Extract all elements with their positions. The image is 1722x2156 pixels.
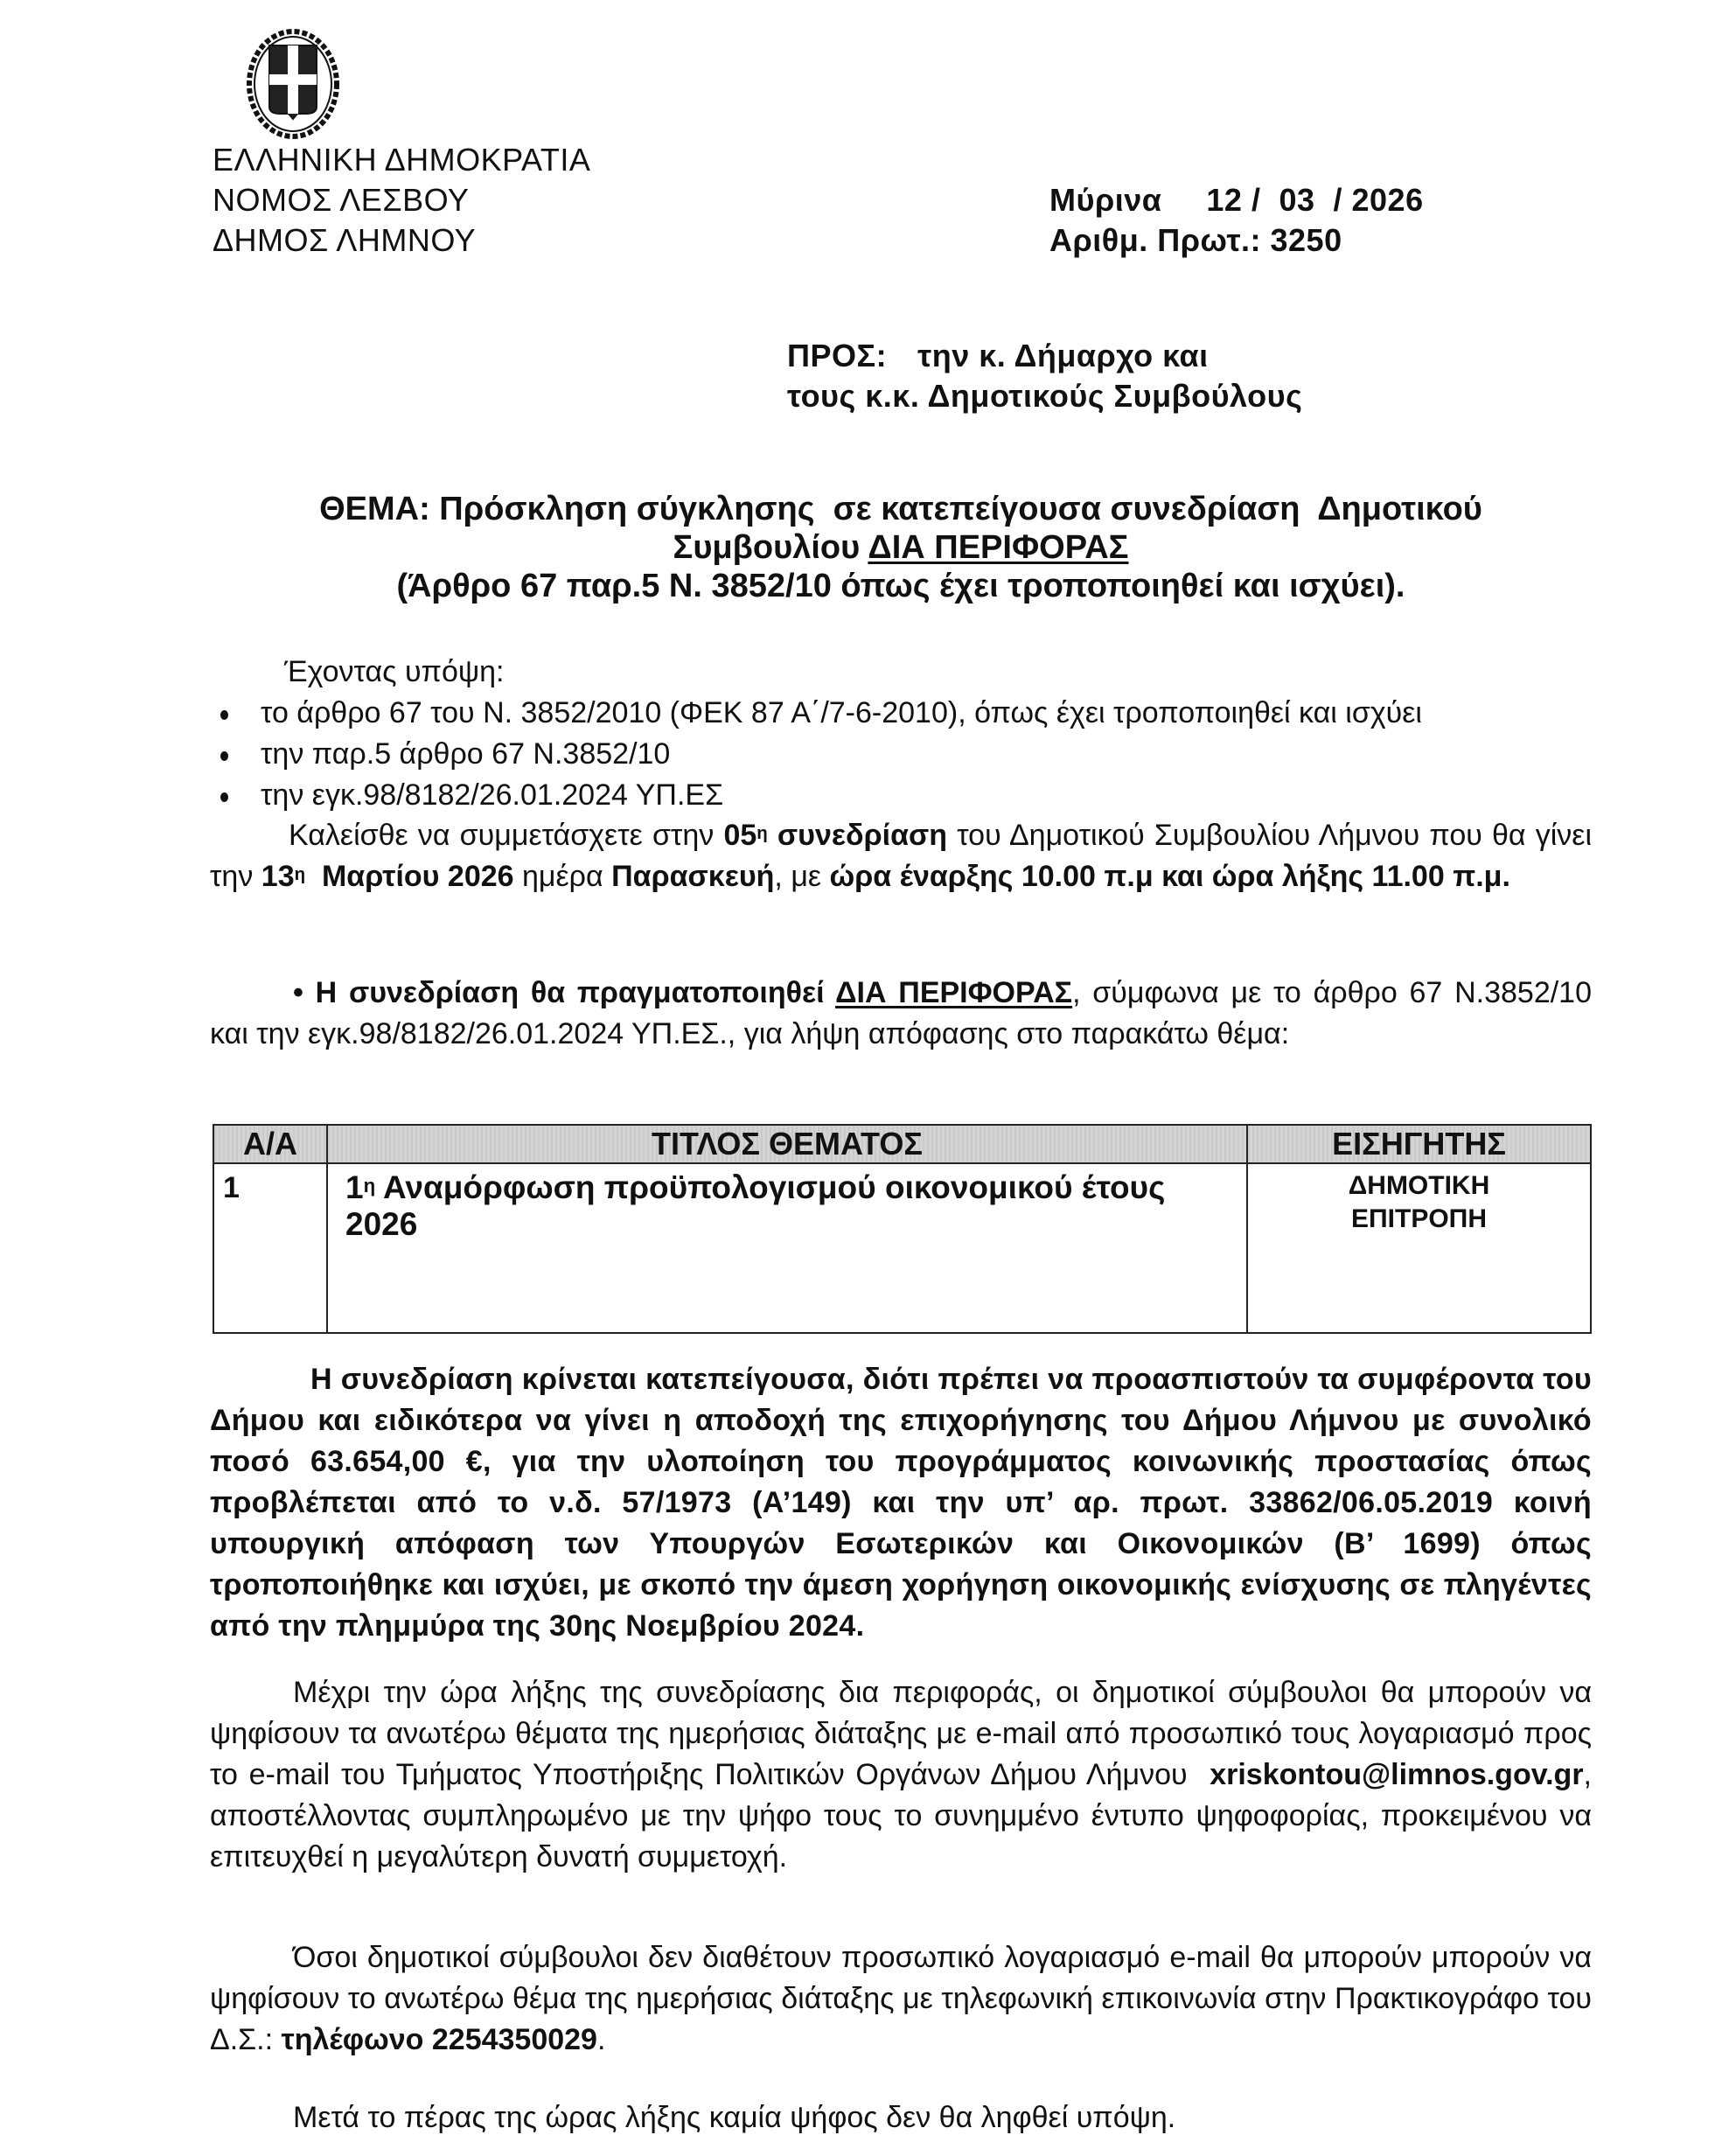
agenda-item-title: 1η Αναμόρφωση προϋπολογισμού οικονομικού… <box>327 1163 1247 1333</box>
greek-coat-of-arms-icon <box>245 26 341 144</box>
date: 12 / 03 / 2026 <box>1206 182 1423 218</box>
subject-emphasis: ΔΙΑ ΠΕΡΙΦΟΡΑΣ <box>868 529 1128 566</box>
agenda-header-row: Α/Α ΤΙΤΛΟΣ ΘΕΜΑΤΟΣ ΕΙΣΗΓΗΤΗΣ <box>213 1125 1591 1163</box>
contact-phone: τηλέφωνο 2254350029 <box>282 2023 597 2056</box>
agenda-table: Α/Α ΤΙΤΛΟΣ ΘΕΜΑΤΟΣ ΕΙΣΗΓΗΤΗΣ 1 1η Αναμόρ… <box>213 1124 1592 1334</box>
urgency-paragraph: Η συνεδρίαση κρίνεται κατεπείγουσα, διότ… <box>210 1359 1592 1647</box>
list-item: την παρ.5 άρθρο 67 Ν.3852/10 <box>210 734 1592 775</box>
list-item: την εγκ.98/8182/26.01.2024 ΥΠ.ΕΣ <box>210 775 1592 816</box>
protocol-number: 3250 <box>1271 222 1342 258</box>
meeting-weekday: Παρασκευή <box>611 860 774 893</box>
closing-statement: Μετά το πέρας της ώρας λήξης καμία ψήφος… <box>293 2097 1587 2139</box>
place: Μύρινα <box>1049 182 1161 218</box>
phone-voting-paragraph: Όσοι δημοτικοί σύμβουλοι δεν διαθέτουν π… <box>210 1937 1592 2061</box>
protocol: Αριθμ. Πρωτ.: 3250 <box>1049 220 1424 261</box>
table-row: 1 1η Αναμόρφωση προϋπολογισμού οικονομικ… <box>213 1163 1591 1333</box>
considering-list: το άρθρο 67 του Ν. 3852/2010 (ΦΕΚ 87 Α΄/… <box>210 693 1592 816</box>
recipients-line1: την κ. Δήμαρχο και <box>917 338 1209 373</box>
session-number: 05η συνεδρίαση <box>723 819 947 852</box>
document-meta: Μύρινα 12 / 03 / 2026 Αριθμ. Πρωτ.: 3250 <box>1049 180 1424 261</box>
letterhead-line-prefecture: ΝΟΜΟΣ ΛΕΣΒΟΥ <box>213 180 590 220</box>
column-header-rapporteur: ΕΙΣΗΓΗΤΗΣ <box>1247 1125 1591 1163</box>
email-voting-paragraph: Μέχρι την ώρα λήξης της συνεδρίασης δια … <box>210 1672 1592 1878</box>
letterhead: ΕΛΛΗΝΙΚΗ ΔΗΜΟΚΡΑΤΙΑ ΝΟΜΟΣ ΛΕΣΒΟΥ ΔΗΜΟΣ Λ… <box>213 140 590 261</box>
subject: ΘΕΜΑ: Πρόσκληση σύγκλησης σε κατεπείγουσ… <box>210 490 1592 605</box>
method-emphasis: ΔΙΑ ΠΕΡΙΦΟΡΑΣ <box>835 976 1072 1009</box>
meeting-date: 13η Μαρτίου 2026 <box>261 860 514 893</box>
subject-line2: Συμβουλίου ΔΙΑ ΠΕΡΙΦΟΡΑΣ <box>210 528 1592 567</box>
recipients-line2: τους κ.κ. Δημοτικούς Συμβούλους <box>787 376 1302 416</box>
letterhead-line-municipality: ΔΗΜΟΣ ΛΗΜΝΟΥ <box>213 220 590 261</box>
invitation-paragraph: Καλείσθε να συμμετάσχετε στην 05η συνεδρ… <box>210 815 1592 897</box>
column-header-number: Α/Α <box>213 1125 327 1163</box>
considering-section: Έχοντας υπόψη: το άρθρο 67 του Ν. 3852/2… <box>210 652 1592 816</box>
recipients-label: ΠΡΟΣ: <box>787 338 887 373</box>
list-item: το άρθρο 67 του Ν. 3852/2010 (ΦΕΚ 87 Α΄/… <box>210 693 1592 734</box>
meeting-times: ώρα έναρξης 10.00 π.μ και ώρα λήξης 11.0… <box>830 860 1510 893</box>
place-date: Μύρινα 12 / 03 / 2026 <box>1049 180 1424 220</box>
column-header-title: ΤΙΤΛΟΣ ΘΕΜΑΤΟΣ <box>327 1125 1247 1163</box>
subject-line1: ΘΕΜΑ: Πρόσκληση σύγκλησης σε κατεπείγουσ… <box>210 490 1592 528</box>
protocol-label: Αριθμ. Πρωτ.: <box>1049 222 1261 258</box>
contact-email-link[interactable]: xriskontou@limnos.gov.gr <box>1210 1758 1583 1791</box>
subject-line3: (Άρθρο 67 παρ.5 Ν. 3852/10 όπως έχει τρο… <box>210 567 1592 605</box>
letterhead-line-country: ΕΛΛΗΝΙΚΗ ΔΗΜΟΚΡΑΤΙΑ <box>213 140 590 180</box>
method-paragraph: • Η συνεδρίαση θα πραγματοποιηθεί ΔΙΑ ΠΕ… <box>210 973 1592 1055</box>
agenda-item-number: 1 <box>213 1163 327 1333</box>
considering-intro: Έχοντας υπόψη: <box>210 652 1592 693</box>
agenda-item-rapporteur: ΔΗΜΟΤΙΚΗ ΕΠΙΤΡΟΠΗ <box>1247 1163 1591 1333</box>
recipients: ΠΡΟΣ: την κ. Δήμαρχο και τους κ.κ. Δημοτ… <box>787 336 1302 416</box>
